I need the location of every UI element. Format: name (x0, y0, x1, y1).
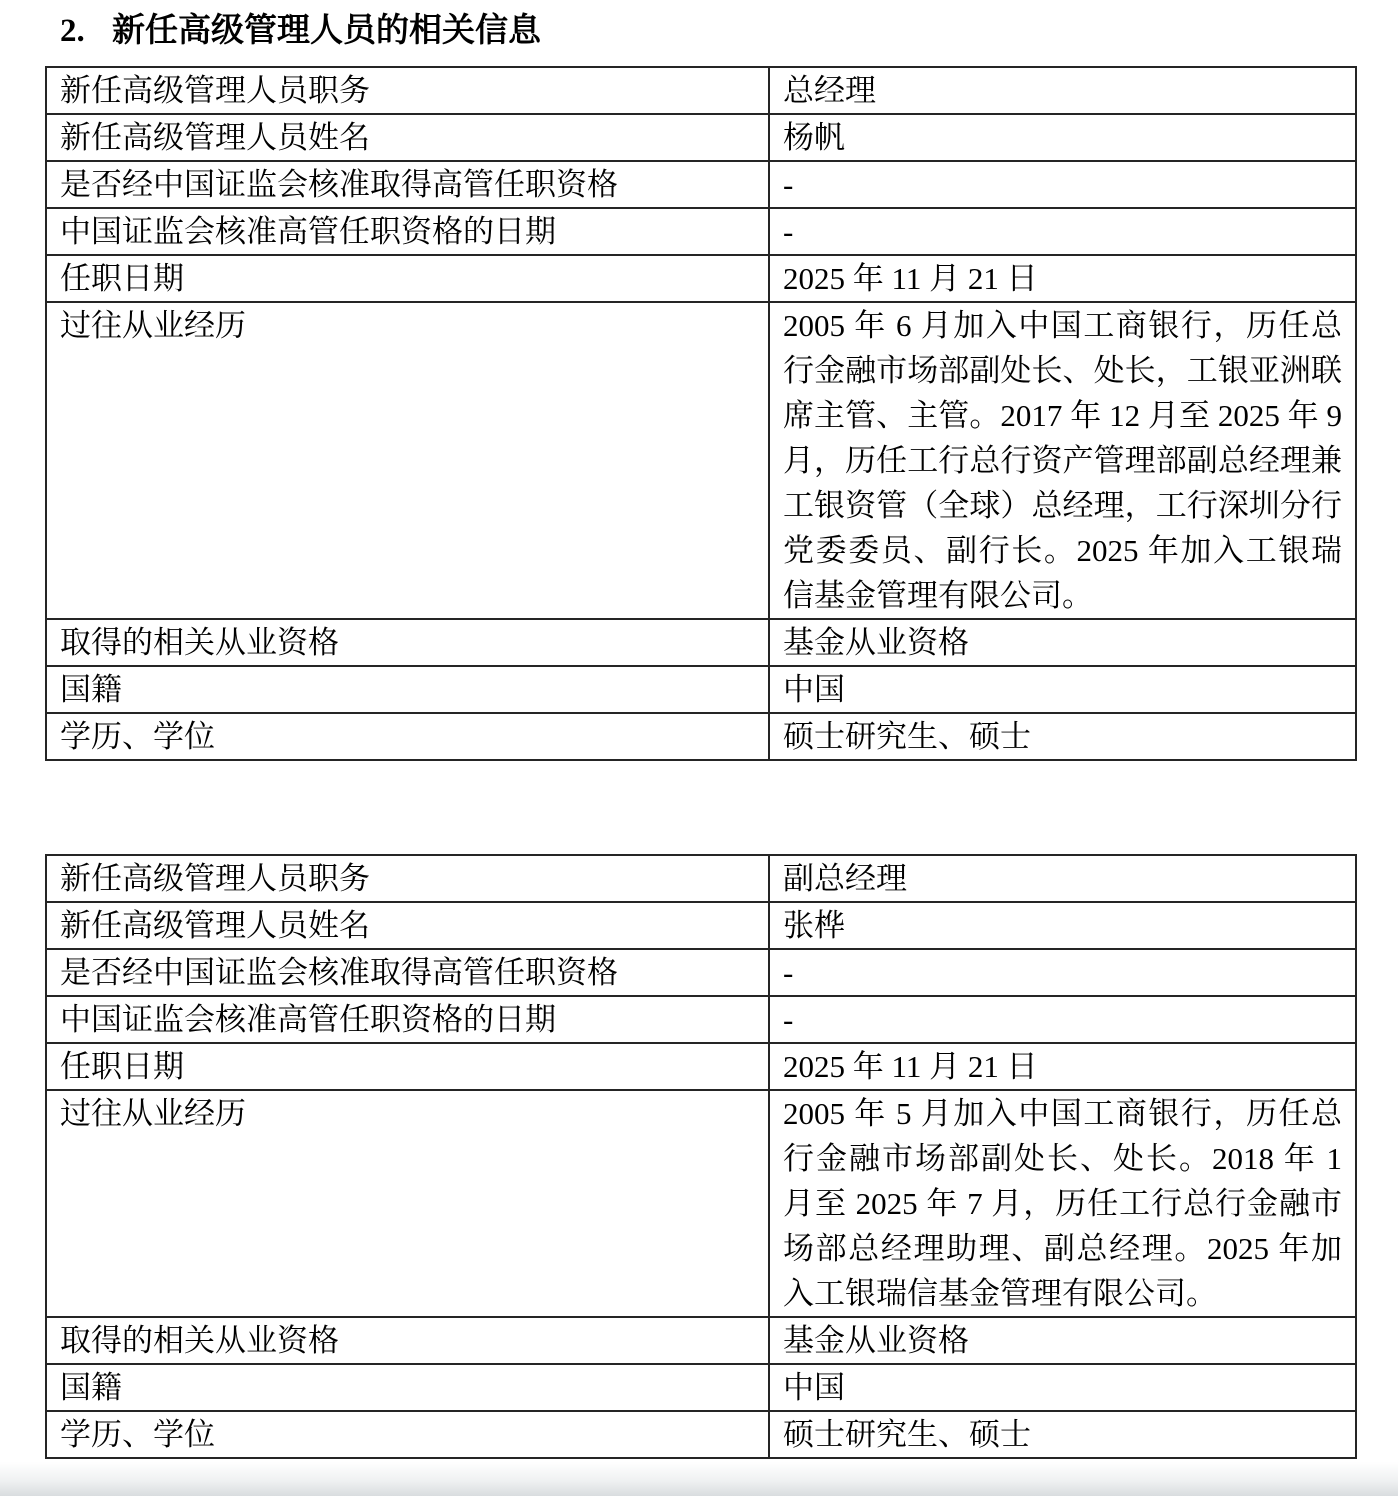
table-row: 学历、学位 硕士研究生、硕士 (46, 713, 1356, 760)
field-value: 2025 年 11 月 21 日 (769, 1043, 1356, 1090)
field-label: 任职日期 (46, 255, 769, 302)
field-value: 杨帆 (769, 114, 1356, 161)
table-row: 国籍 中国 (46, 1364, 1356, 1411)
field-value: - (769, 208, 1356, 255)
table-row: 任职日期 2025 年 11 月 21 日 (46, 1043, 1356, 1090)
field-value: - (769, 161, 1356, 208)
section-heading: 2.新任高级管理人员的相关信息 (60, 8, 1398, 54)
section-number: 2. (60, 8, 112, 54)
field-label: 学历、学位 (46, 713, 769, 760)
table-row: 新任高级管理人员职务 总经理 (46, 67, 1356, 114)
field-label: 取得的相关从业资格 (46, 1317, 769, 1364)
table-row: 国籍 中国 (46, 666, 1356, 713)
field-value: 中国 (769, 666, 1356, 713)
field-value-career-history: 2005 年 5 月加入中国工商银行，历任总行金融市场部副处长、处长。2018 … (769, 1090, 1356, 1317)
field-label: 新任高级管理人员职务 (46, 67, 769, 114)
field-label: 中国证监会核准高管任职资格的日期 (46, 208, 769, 255)
field-value: 硕士研究生、硕士 (769, 713, 1356, 760)
field-label: 学历、学位 (46, 1411, 769, 1458)
manager-info-table-1: 新任高级管理人员职务 总经理 新任高级管理人员姓名 杨帆 是否经中国证监会核准取… (45, 66, 1357, 761)
field-label: 过往从业经历 (46, 302, 769, 619)
manager-info-table-2: 新任高级管理人员职务 副总经理 新任高级管理人员姓名 张桦 是否经中国证监会核准… (45, 854, 1357, 1459)
table-row: 过往从业经历 2005 年 5 月加入中国工商银行，历任总行金融市场部副处长、处… (46, 1090, 1356, 1317)
table-row: 取得的相关从业资格 基金从业资格 (46, 619, 1356, 666)
field-value: 副总经理 (769, 855, 1356, 902)
table-row: 新任高级管理人员职务 副总经理 (46, 855, 1356, 902)
field-value: 基金从业资格 (769, 619, 1356, 666)
field-label: 是否经中国证监会核准取得高管任职资格 (46, 949, 769, 996)
field-label: 过往从业经历 (46, 1090, 769, 1317)
table-row: 是否经中国证监会核准取得高管任职资格 - (46, 949, 1356, 996)
table-row: 是否经中国证监会核准取得高管任职资格 - (46, 161, 1356, 208)
field-value: - (769, 996, 1356, 1043)
field-value: 基金从业资格 (769, 1317, 1356, 1364)
field-label: 任职日期 (46, 1043, 769, 1090)
field-label: 新任高级管理人员姓名 (46, 114, 769, 161)
field-value: 张桦 (769, 902, 1356, 949)
field-label: 取得的相关从业资格 (46, 619, 769, 666)
table-row: 学历、学位 硕士研究生、硕士 (46, 1411, 1356, 1458)
field-label: 中国证监会核准高管任职资格的日期 (46, 996, 769, 1043)
table-row: 新任高级管理人员姓名 杨帆 (46, 114, 1356, 161)
document-page: 2.新任高级管理人员的相关信息 新任高级管理人员职务 总经理 新任高级管理人员姓… (0, 8, 1398, 1496)
field-label: 是否经中国证监会核准取得高管任职资格 (46, 161, 769, 208)
field-value-career-history: 2005 年 6 月加入中国工商银行，历任总行金融市场部副处长、处长，工银亚洲联… (769, 302, 1356, 619)
table-row: 新任高级管理人员姓名 张桦 (46, 902, 1356, 949)
field-value: 中国 (769, 1364, 1356, 1411)
table-row: 中国证监会核准高管任职资格的日期 - (46, 208, 1356, 255)
page-bottom-shadow (0, 1462, 1398, 1496)
table-row: 任职日期 2025 年 11 月 21 日 (46, 255, 1356, 302)
field-label: 新任高级管理人员职务 (46, 855, 769, 902)
field-value: 总经理 (769, 67, 1356, 114)
field-label: 新任高级管理人员姓名 (46, 902, 769, 949)
table-row: 取得的相关从业资格 基金从业资格 (46, 1317, 1356, 1364)
field-label: 国籍 (46, 1364, 769, 1411)
field-value: 硕士研究生、硕士 (769, 1411, 1356, 1458)
field-value: - (769, 949, 1356, 996)
table-row: 中国证监会核准高管任职资格的日期 - (46, 996, 1356, 1043)
field-label: 国籍 (46, 666, 769, 713)
table-row: 过往从业经历 2005 年 6 月加入中国工商银行，历任总行金融市场部副处长、处… (46, 302, 1356, 619)
section-title: 新任高级管理人员的相关信息 (112, 13, 541, 49)
field-value: 2025 年 11 月 21 日 (769, 255, 1356, 302)
